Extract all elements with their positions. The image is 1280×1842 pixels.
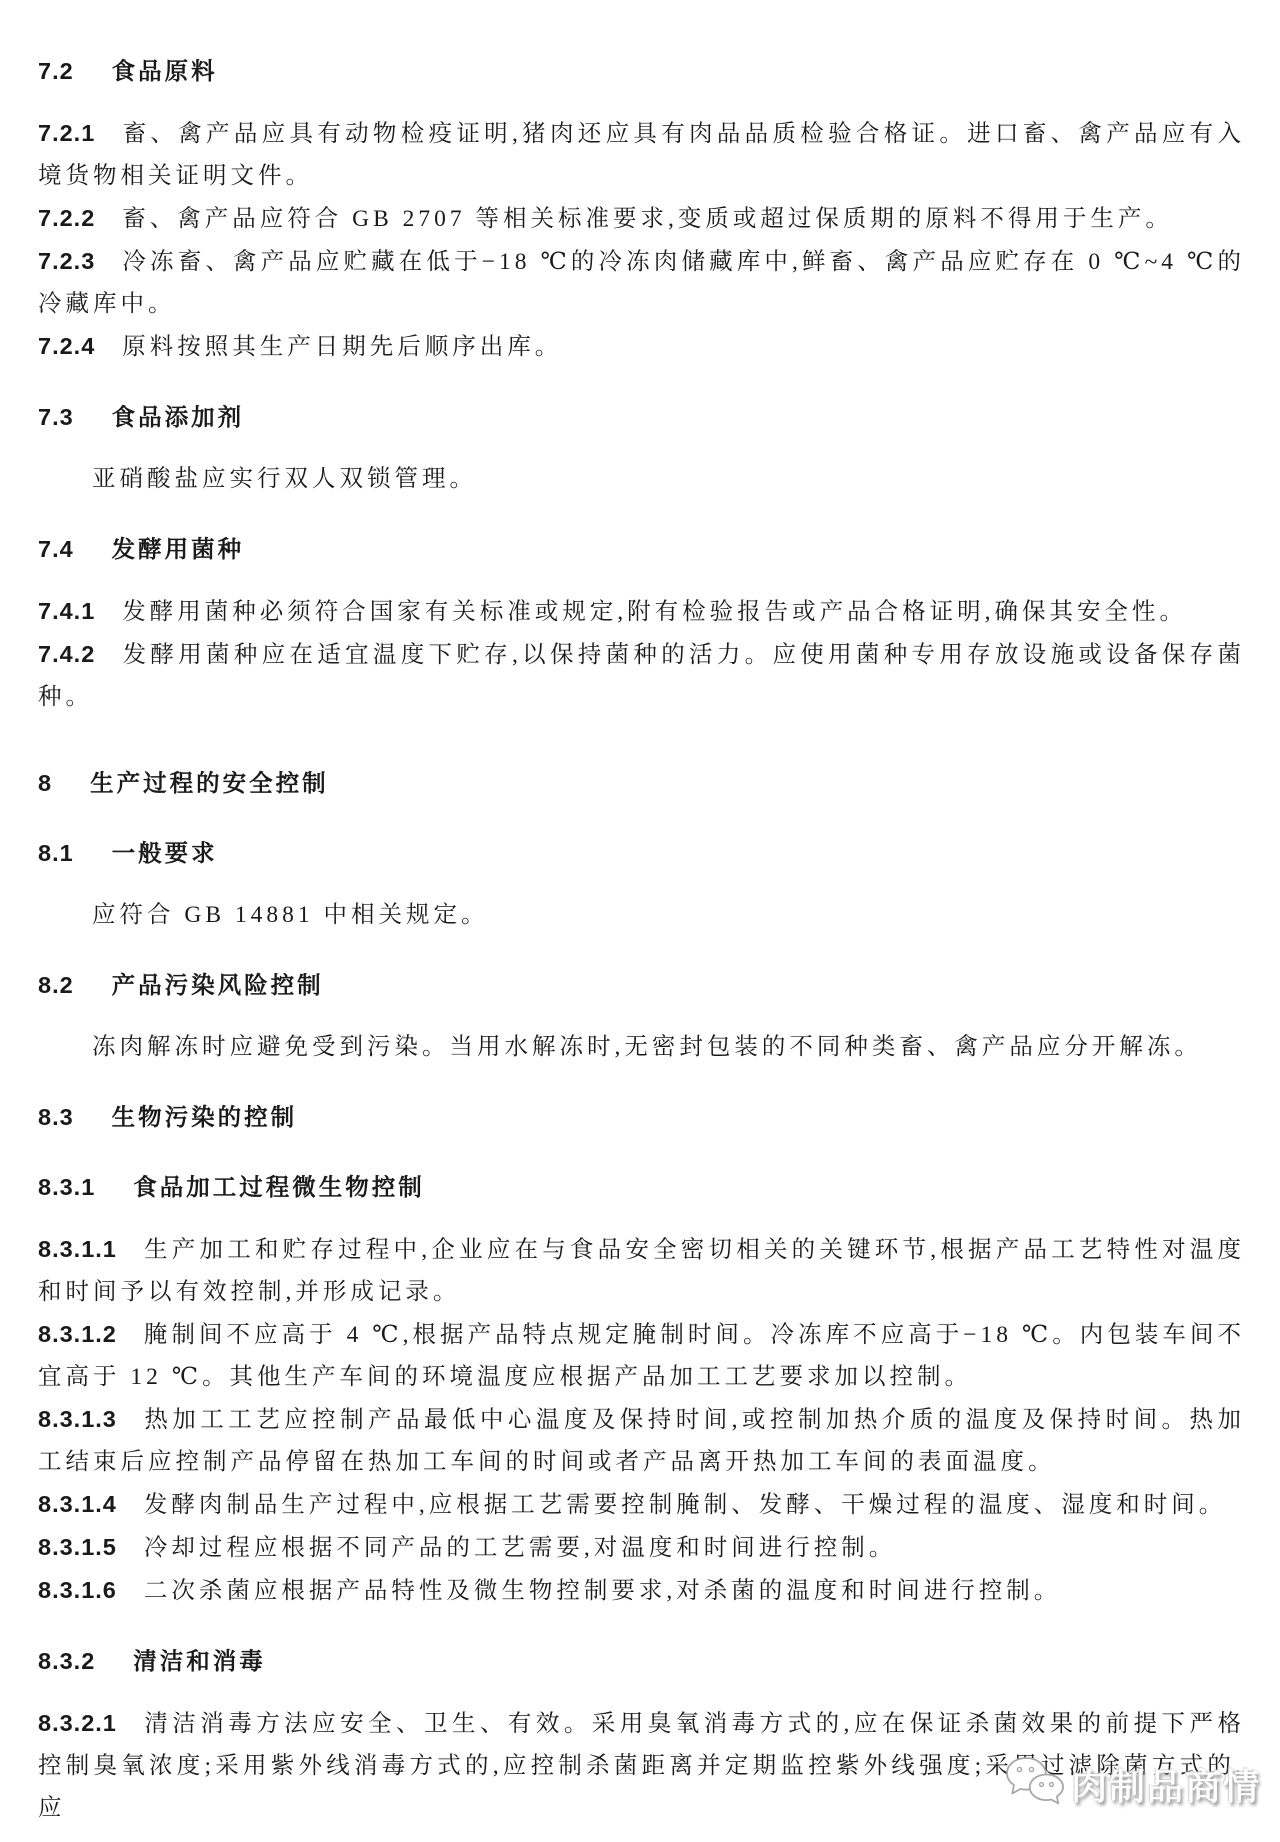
clause-number: 8.3.1.3 — [38, 1406, 117, 1432]
clause-text: 冷冻畜、禽产品应贮藏在低于−18 ℃的冷冻肉储藏库中,鲜畜、禽产品应贮存在 0 … — [38, 249, 1245, 317]
section-title: 清洁和消毒 — [133, 1648, 266, 1674]
clause-text: 畜、禽产品应符合 GB 2707 等相关标准要求,变质或超过保质期的原料不得用于… — [122, 206, 1173, 232]
clause-number: 8.3.1.5 — [38, 1534, 117, 1560]
clause-number: 8.3.1.6 — [38, 1577, 117, 1603]
clause-8-3-1-6: 8.3.1.6二次杀菌应根据产品特性及微生物控制要求,对杀菌的温度和时间进行控制… — [38, 1569, 1245, 1612]
section-number: 7.3 — [38, 396, 74, 438]
clause-number: 7.4.1 — [38, 598, 95, 624]
section-title: 生物污染的控制 — [112, 1104, 298, 1130]
section-heading-8-1: 8.1一般要求 — [38, 832, 1245, 874]
section-number: 8.3 — [38, 1096, 74, 1138]
paragraph-gb14881: 应符合 GB 14881 中相关规定。 — [38, 894, 1245, 936]
section-number: 8.3.1 — [38, 1166, 95, 1208]
section-number: 8.3.2 — [38, 1640, 95, 1682]
clause-text: 原料按照其生产日期先后顺序出库。 — [122, 334, 562, 360]
section-number: 8.1 — [38, 832, 74, 874]
chapter-number: 8 — [38, 762, 52, 804]
section-title: 食品原料 — [112, 58, 218, 84]
clause-8-3-1-5: 8.3.1.5冷却过程应根据不同产品的工艺需要,对温度和时间进行控制。 — [38, 1526, 1245, 1569]
section-title: 一般要求 — [112, 840, 218, 866]
paragraph-nitrite: 亚硝酸盐应实行双人双锁管理。 — [38, 458, 1245, 500]
section-number: 8.2 — [38, 964, 74, 1006]
clause-text: 热加工工艺应控制产品最低中心温度及保持时间,或控制加热介质的温度及保持时间。热加… — [38, 1407, 1245, 1475]
clause-7-4-1: 7.4.1发酵用菌种必须符合国家有关标准或规定,附有检验报告或产品合格证明,确保… — [38, 590, 1245, 633]
watermark-label: 肉制品商情 — [1071, 1759, 1261, 1810]
clause-text: 畜、禽产品应具有动物检疫证明,猪肉还应具有肉品品质检验合格证。进口畜、禽产品应有… — [38, 121, 1245, 189]
chapter-title: 生产过程的安全控制 — [90, 770, 329, 796]
section-title: 发酵用菌种 — [112, 536, 245, 562]
section-heading-8-3-1: 8.3.1食品加工过程微生物控制 — [38, 1166, 1245, 1208]
clause-8-3-1-1: 8.3.1.1生产加工和贮存过程中,企业应在与食品安全密切相关的关键环节,根据产… — [38, 1228, 1245, 1313]
section-number: 7.4 — [38, 528, 74, 570]
clause-number: 7.2.2 — [38, 205, 95, 231]
wechat-icon — [1005, 1756, 1065, 1813]
clause-text: 发酵用菌种必须符合国家有关标准或规定,附有检验报告或产品合格证明,确保其安全性。 — [122, 599, 1187, 625]
section-heading-8-3: 8.3生物污染的控制 — [38, 1096, 1245, 1138]
clause-7-2-4: 7.2.4原料按照其生产日期先后顺序出库。 — [38, 325, 1245, 368]
clause-text: 发酵用菌种应在适宜温度下贮存,以保持菌种的活力。应使用菌种专用存放设施或设备保存… — [38, 642, 1245, 710]
watermark: 肉制品商情 — [1005, 1756, 1261, 1813]
section-number: 7.2 — [38, 50, 74, 92]
clause-8-3-1-4: 8.3.1.4发酵肉制品生产过程中,应根据工艺需要控制腌制、发酵、干燥过程的温度… — [38, 1483, 1245, 1526]
clause-number: 8.3.2.1 — [38, 1710, 117, 1736]
section-heading-7-4: 7.4发酵用菌种 — [38, 528, 1245, 570]
clause-7-2-2: 7.2.2畜、禽产品应符合 GB 2707 等相关标准要求,变质或超过保质期的原… — [38, 197, 1245, 240]
clause-number: 7.4.2 — [38, 641, 95, 667]
clause-7-4-2: 7.4.2发酵用菌种应在适宜温度下贮存,以保持菌种的活力。应使用菌种专用存放设施… — [38, 633, 1245, 718]
clause-text: 发酵肉制品生产过程中,应根据工艺需要控制腌制、发酵、干燥过程的温度、湿度和时间。 — [144, 1492, 1226, 1518]
clause-8-3-1-3: 8.3.1.3热加工工艺应控制产品最低中心温度及保持时间,或控制加热介质的温度及… — [38, 1398, 1245, 1483]
clause-number: 7.2.4 — [38, 333, 95, 359]
clause-7-2-1: 7.2.1畜、禽产品应具有动物检疫证明,猪肉还应具有肉品品质检验合格证。进口畜、… — [38, 112, 1245, 197]
clause-7-2-3: 7.2.3冷冻畜、禽产品应贮藏在低于−18 ℃的冷冻肉储藏库中,鲜畜、禽产品应贮… — [38, 240, 1245, 325]
chapter-heading-8: 8生产过程的安全控制 — [38, 762, 1245, 804]
section-heading-8-2: 8.2产品污染风险控制 — [38, 964, 1245, 1006]
clause-text: 二次杀菌应根据产品特性及微生物控制要求,对杀菌的温度和时间进行控制。 — [144, 1578, 1061, 1604]
section-title: 食品添加剂 — [112, 404, 245, 430]
section-heading-7-2: 7.2食品原料 — [38, 50, 1245, 92]
clause-text: 冷却过程应根据不同产品的工艺需要,对温度和时间进行控制。 — [144, 1535, 896, 1561]
clause-8-3-1-2: 8.3.1.2腌制间不应高于 4 ℃,根据产品特点规定腌制时间。冷冻库不应高于−… — [38, 1313, 1245, 1398]
document-page: 7.2食品原料 7.2.1畜、禽产品应具有动物检疫证明,猪肉还应具有肉品品质检验… — [0, 0, 1280, 1842]
paragraph-thawing: 冻肉解冻时应避免受到污染。当用水解冻时,无密封包装的不同种类畜、禽产品应分开解冻… — [38, 1026, 1245, 1068]
clause-text: 腌制间不应高于 4 ℃,根据产品特点规定腌制时间。冷冻库不应高于−18 ℃。内包… — [38, 1322, 1245, 1390]
clause-number: 8.3.1.4 — [38, 1491, 117, 1517]
section-heading-7-3: 7.3食品添加剂 — [38, 396, 1245, 438]
clause-number: 8.3.1.1 — [38, 1236, 117, 1262]
section-title: 产品污染风险控制 — [112, 972, 324, 998]
clause-number: 8.3.1.2 — [38, 1321, 117, 1347]
clause-number: 7.2.1 — [38, 120, 95, 146]
section-heading-8-3-2: 8.3.2清洁和消毒 — [38, 1640, 1245, 1682]
clause-number: 7.2.3 — [38, 248, 95, 274]
section-title: 食品加工过程微生物控制 — [133, 1174, 425, 1200]
clause-text: 生产加工和贮存过程中,企业应在与食品安全密切相关的关键环节,根据产品工艺特性对温… — [38, 1237, 1245, 1305]
